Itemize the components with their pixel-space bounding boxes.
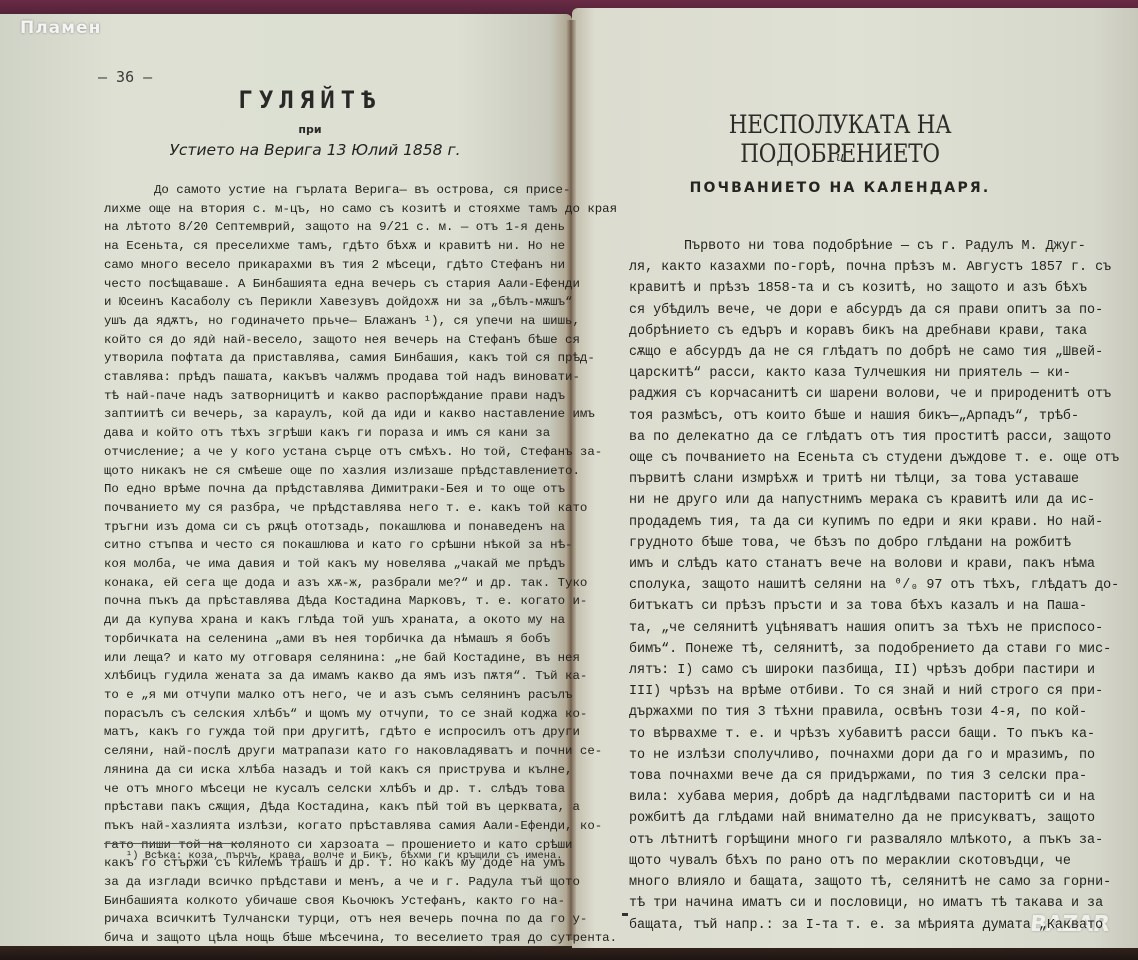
text-line: Първото ни това подобрѣние — съ г. Радул… bbox=[629, 236, 1053, 257]
text-line: конака, ей сега ще дода и азъ хѫ-ж, разб… bbox=[104, 574, 540, 593]
text-line: ставлява: прѣдъ пашата, какъвъ чалѫмъ пр… bbox=[104, 368, 540, 387]
right-page-body: Първото ни това подобрѣние — съ г. Радул… bbox=[629, 236, 1053, 936]
text-line: Бинбашията колкото убичаше своя Кьочюкъ … bbox=[104, 892, 540, 911]
text-line: бича и защото цѣла нощь бѣше мѣсечина, т… bbox=[104, 929, 540, 948]
text-line: че отъ много мѣсеци не кусалъ селски хлѣ… bbox=[104, 780, 540, 799]
text-line: отчисление; а че у кого устана сърце отъ… bbox=[104, 443, 540, 462]
text-line: ситно стъпва и често ся покашлюва и като… bbox=[104, 536, 540, 555]
text-line: селяни, най-послѣ други матрапази като г… bbox=[104, 742, 540, 761]
text-line: за да изглади всичко прѣдстави и менъ, а… bbox=[104, 873, 540, 892]
text-line: ва по делекатно да се глѣдатъ отъ тия пр… bbox=[629, 427, 1053, 448]
text-line: пъкъ най-хазлията излѣзи, когато прѣстав… bbox=[104, 817, 540, 836]
text-line: заптиитѣ си вечерь, за караулъ, кой да и… bbox=[104, 405, 540, 424]
text-line: царскитѣ“ расси, както каза Тулчешкия ни… bbox=[629, 363, 1053, 384]
text-line: вила: хубава мерия, добрѣ да надглѣдвами… bbox=[629, 787, 1053, 808]
text-line: тѣ най-паче надъ затворницитѣ и какво ра… bbox=[104, 387, 540, 406]
text-line: бащата, тъй напр.: за I-та т. е. за мѣри… bbox=[629, 915, 1053, 936]
text-line: порасълъ съ селския хлѣбъ“ и щомъ му отч… bbox=[104, 705, 540, 724]
text-line: на лѣтото 8/20 Септемврий, защото на 9/2… bbox=[104, 218, 540, 237]
text-line: торбичката на селенина „ами въ нея торби… bbox=[104, 630, 540, 649]
text-line: продадемъ тия, та да си купимъ по едри и… bbox=[629, 512, 1053, 533]
text-line: то вѣрвахме т. е. и чрѣзъ хубавитѣ расси… bbox=[629, 724, 1053, 745]
text-line: много влияло и бащата, защото тѣ, селяни… bbox=[629, 872, 1053, 893]
text-line: хлѣбицъ гудила жената за да имамъ какво … bbox=[104, 667, 540, 686]
text-line: щото никакъ не ся смѣеше още по хазлия и… bbox=[104, 462, 540, 481]
left-page-subtitle: Устието на Верига 13 Юлий 1858 г. bbox=[150, 141, 480, 159]
text-line: лянина да си иска хлѣба назадъ и той как… bbox=[104, 761, 540, 780]
text-line: още съ почванието на Есеньта съ студени … bbox=[629, 448, 1053, 469]
text-line: кравитѣ и прѣзъ 1858-та и съ козитѣ, но … bbox=[629, 278, 1053, 299]
text-line: първитѣ слани измрѣхѫ и тритѣ ни тѣлци, … bbox=[629, 469, 1053, 490]
text-line: това почнахми вече да ся придържами, по … bbox=[629, 766, 1053, 787]
text-line: сѫщо е абсурдъ да не ся глѣдатъ по добрѣ… bbox=[629, 342, 1053, 363]
text-line: лятъ: I) само съ широки пазбища, II) чрѣ… bbox=[629, 660, 1053, 681]
text-line: държахми по тия 3 тѣхни правила, освѣнъ … bbox=[629, 702, 1053, 723]
text-line: тръгни изъ дома си съ рѫцѣ ототзадь, пок… bbox=[104, 518, 540, 537]
right-page-subtitle: ПОЧВАНИЕТО НА КАЛЕНДАРЯ. bbox=[640, 180, 1040, 196]
text-line: До самото устие на гърлата Верига— въ ос… bbox=[104, 181, 540, 200]
text-line: По едно врѣме почна да прѣдставлява Дими… bbox=[104, 480, 540, 499]
text-line: щото чувалъ бѣхъ по рано отъ по мераклии… bbox=[629, 851, 1053, 872]
text-line: сполука, защото нашитѣ селяни на ⁰/₀ 97 … bbox=[629, 575, 1053, 596]
text-line: почванието му ся разбра, че прѣдставлява… bbox=[104, 499, 540, 518]
text-line: тѣ три начина иматъ си и пословици, но и… bbox=[629, 893, 1053, 914]
ink-mark bbox=[622, 913, 628, 916]
text-line: дава и който отъ тѣхъ згрѣши какъ ги пор… bbox=[104, 424, 540, 443]
text-line: прѣстави пакъ сѫщия, Дѣда Костадина, как… bbox=[104, 798, 540, 817]
left-page-connector: при bbox=[260, 123, 360, 136]
text-line: ни не друго или да напустнимъ мерака съ … bbox=[629, 490, 1053, 511]
text-line: матъ, какъ го гужда той при другитѣ, гдѣ… bbox=[104, 723, 540, 742]
text-line: често посѣщаваше. А Бинбашията една вече… bbox=[104, 275, 540, 294]
text-line: на Есеньта, ся преселихме тамъ, гдѣто бѣ… bbox=[104, 237, 540, 256]
text-line: имъ и слѣдъ като станатъ вече на волови … bbox=[629, 554, 1053, 575]
page-number: — 36 — bbox=[98, 68, 152, 86]
text-line: то е „я ми отчупи малко отъ него, че и а… bbox=[104, 686, 540, 705]
left-page-body: До самото устие на гърлата Верига— въ ос… bbox=[104, 181, 540, 948]
text-line: коя молба, че има давия и той какъ му но… bbox=[104, 555, 540, 574]
text-line: ди да купува храна и какъ глѣда той ушъ … bbox=[104, 611, 540, 630]
text-line: ся убѣдилъ вече, че дори е абсурдъ да ся… bbox=[629, 300, 1053, 321]
right-page-connector: и bbox=[820, 150, 860, 165]
text-line: утворила пофтата да приставлява, самия Б… bbox=[104, 349, 540, 368]
text-line: тоя размѣсъ, отъ които бѣше и нашия бикъ… bbox=[629, 406, 1053, 427]
text-line: раджия съ корчасанитѣ си шарени волови, … bbox=[629, 384, 1053, 405]
footnote: ¹) Всѣка: коза, пърчъ, крава, волче и Би… bbox=[126, 850, 546, 862]
text-line: ля, както казахми по-горѣ, почна прѣзъ м… bbox=[629, 257, 1053, 278]
text-line: бимъ“. Понеже тѣ, селянитѣ, за подобрени… bbox=[629, 639, 1053, 660]
text-line: ушъ да ядѫтъ, но годиначето прьче— Блажа… bbox=[104, 312, 540, 331]
text-line: почна пъкъ да прѣставлява Дѣда Костадина… bbox=[104, 592, 540, 611]
text-line: та, „че селянитѣ уцѣняватъ нашия опитъ з… bbox=[629, 618, 1053, 639]
text-line: то не излѣзи сполучливо, почнахми дори д… bbox=[629, 745, 1053, 766]
footnote-divider bbox=[104, 843, 244, 844]
text-line: и Юсеинъ Касаболу съ Перикли Хавезувъ до… bbox=[104, 293, 540, 312]
text-line: битъкатъ си прѣзъ пръсти и за това бѣхъ … bbox=[629, 596, 1053, 617]
left-page-title: ГУЛЯЙТѢ bbox=[210, 86, 410, 114]
text-line: рожбитѣ да глѣдами най внимателно да не … bbox=[629, 808, 1053, 829]
text-line: добрѣнието съ едъръ и коравъ бикъ на дре… bbox=[629, 321, 1053, 342]
text-line: който ся до ядѝ най-весело, защото нея в… bbox=[104, 331, 540, 350]
text-line: или леща? и като му отговаря селянина: „… bbox=[104, 649, 540, 668]
text-line: само много весело прикарахми въ тия 2 мѣ… bbox=[104, 256, 540, 275]
text-line: III) чрѣзъ на врѣме отбиви. То ся знай и… bbox=[629, 681, 1053, 702]
seller-watermark: Пламен bbox=[20, 18, 101, 38]
text-line: лихме още на втория с. м-цъ, но само съ … bbox=[104, 200, 540, 219]
text-line: грудното бѣше това, че бѣзъ по добро глѣ… bbox=[629, 533, 1053, 554]
text-line: отъ лѣтнитѣ горѣщини много ги разваляло … bbox=[629, 830, 1053, 851]
text-line: ричаха всичкитѣ Тулчански турци, отъ нея… bbox=[104, 910, 540, 929]
